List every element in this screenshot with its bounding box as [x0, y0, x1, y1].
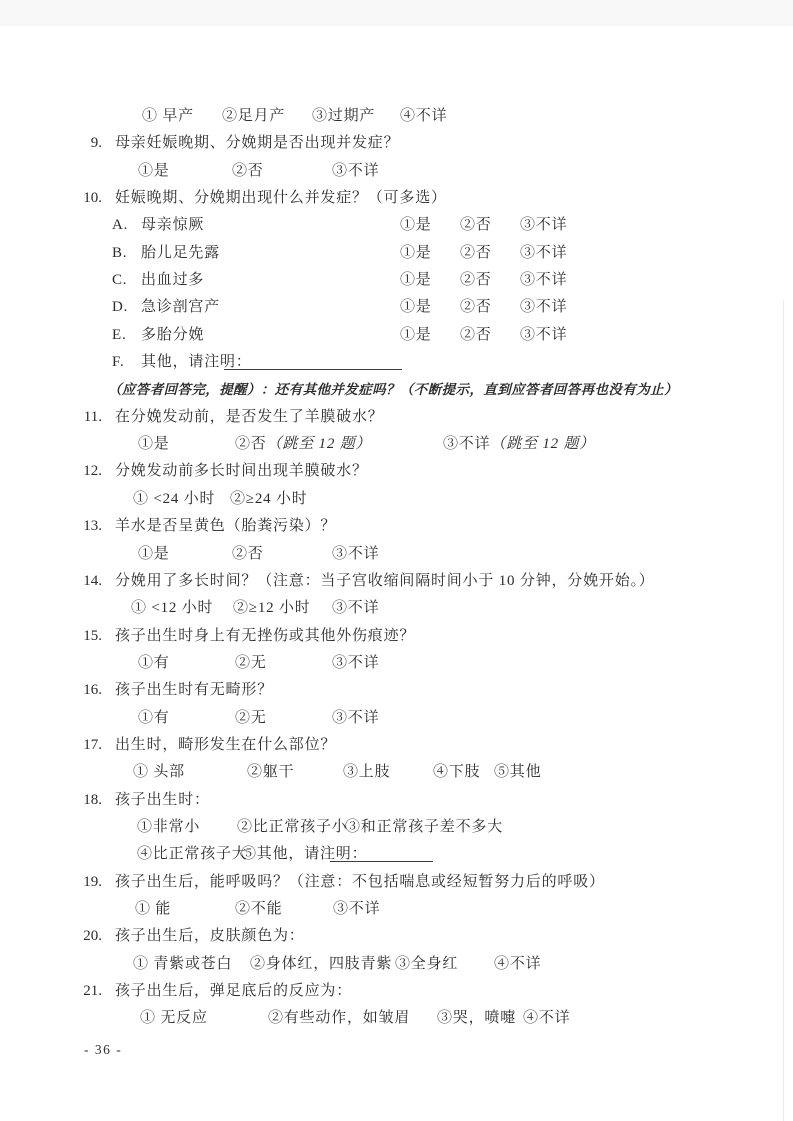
options-row-q18-line2: ④比正常孩子大 ⑤其他，请注明：: [0, 841, 793, 868]
option: ③哭，喷嚏: [437, 1005, 516, 1032]
option: ③全身红: [395, 951, 458, 978]
question-q15: 15. 孩子出生时身上有无挫伤或其他外伤痕迹？: [0, 623, 793, 650]
question-number: 12.: [66, 458, 102, 485]
option: ①是: [138, 431, 170, 458]
subitem-e: E. 多胎分娩 ①是 ②否 ③不详: [0, 322, 793, 349]
option: ③不详: [520, 240, 567, 267]
option: ① <12 小时: [131, 595, 213, 622]
option: ②否: [460, 322, 492, 349]
question-number: 13.: [66, 513, 102, 540]
question-q9: 9. 母亲妊娠晚期、分娩期是否出现并发症？: [0, 130, 793, 157]
question-q19: 19. 孩子出生后，能呼吸吗？（注意：不包括喘息或经短暂努力后的呼吸）: [0, 869, 793, 896]
options-row-q11: ①是 ②否（跳至 12 题） ③不详（跳至 12 题）: [0, 431, 793, 458]
option: ②否: [460, 212, 492, 239]
option: ①是: [400, 322, 432, 349]
options-row-q13: ①是 ②否 ③不详: [0, 541, 793, 568]
question-q16: 16. 孩子出生时有无畸形？: [0, 677, 793, 704]
option: ④下肢: [433, 759, 480, 786]
options-row-q19: ① 能 ②不能 ③不详: [0, 896, 793, 923]
questionnaire-page: ① 早产 ②足月产 ③过期产 ④不详 9. 母亲妊娠晚期、分娩期是否出现并发症？…: [0, 0, 793, 1121]
question-text: 妊娠晚期、分娩期出现什么并发症？（可多选）: [115, 185, 447, 212]
item-letter: D.: [112, 294, 128, 321]
question-number: 9.: [66, 130, 102, 157]
question-q11: 11. 在分娩发动前，是否发生了羊膜破水？: [0, 404, 793, 431]
question-text: 孩子出生后，能呼吸吗？（注意：不包括喘息或经短暂努力后的呼吸）: [115, 869, 605, 896]
subitem-f-other: F. 其他，请注明：: [0, 349, 793, 376]
options-row-q15: ①有 ②无 ③不详: [0, 650, 793, 677]
option: ②否: [460, 267, 492, 294]
options-row-q17: ① 头部 ②躯干 ③上肢 ④下肢 ⑤其他: [0, 759, 793, 786]
options-row-q20: ① 青紫或苍白 ②身体红，四肢青紫 ③全身红 ④不详: [0, 951, 793, 978]
item-text: 出血过多: [141, 267, 204, 294]
option: ① 无反应: [140, 1005, 208, 1032]
item-letter: A.: [112, 212, 128, 239]
question-number: 10.: [66, 185, 102, 212]
probe-note-text: （应答者回答完，提醒）：还有其他并发症吗？（不断提示，直到应答者回答再也没有为止…: [108, 376, 678, 403]
item-letter: B.: [112, 240, 127, 267]
option: ②无: [235, 705, 267, 732]
option: ①非常小: [137, 814, 200, 841]
option: ③不详: [332, 650, 379, 677]
options-row-q12: ① <24 小时 ②≥24 小时: [0, 486, 793, 513]
option: ③过期产: [312, 103, 375, 130]
option: ③不详: [520, 294, 567, 321]
question-q18: 18. 孩子出生时：: [0, 787, 793, 814]
option: ① 能: [135, 896, 171, 923]
option: ②不能: [235, 896, 282, 923]
question-text: 孩子出生时有无畸形？: [115, 677, 273, 704]
option: ③上肢: [343, 759, 390, 786]
skip-note: （跳至 12 题）: [490, 436, 595, 452]
option: ③不详: [520, 212, 567, 239]
item-text: 急诊剖宫产: [141, 294, 220, 321]
options-row-q18-line1: ①非常小 ②比正常孩子小 ③和正常孩子差不多大: [0, 814, 793, 841]
option: ① 早产: [142, 103, 194, 130]
option: ③不详: [332, 705, 379, 732]
option: ②比正常孩子小: [237, 814, 348, 841]
subitem-c: C. 出血过多 ①是 ②否 ③不详: [0, 267, 793, 294]
question-number: 17.: [66, 732, 102, 759]
question-text: 孩子出生后，皮肤颜色为：: [115, 923, 305, 950]
question-number: 21.: [66, 978, 102, 1005]
interviewer-probe-note: （应答者回答完，提醒）：还有其他并发症吗？（不断提示，直到应答者回答再也没有为止…: [0, 376, 793, 403]
options-row-q16: ①有 ②无 ③不详: [0, 705, 793, 732]
questionnaire-content: ① 早产 ②足月产 ③过期产 ④不详 9. 母亲妊娠晚期、分娩期是否出现并发症？…: [0, 103, 793, 1033]
question-q14: 14. 分娩用了多长时间？（注意：当子宫收缩间隔时间小于 10 分钟，分娩开始。…: [0, 568, 793, 595]
option: ④不详: [400, 103, 447, 130]
option: ①是: [400, 212, 432, 239]
option: ③不详: [332, 595, 379, 622]
option: ①是: [400, 294, 432, 321]
question-number: 16.: [66, 677, 102, 704]
option: ④不详: [494, 951, 541, 978]
question-text: 羊水是否呈黄色（胎粪污染）？: [115, 513, 336, 540]
item-letter: C.: [112, 267, 127, 294]
subitem-b: B. 胎儿足先露 ①是 ②否 ③不详: [0, 240, 793, 267]
question-text: 分娩用了多长时间？（注意：当子宫收缩间隔时间小于 10 分钟，分娩开始。）: [115, 568, 655, 595]
question-q21: 21. 孩子出生后，弹足底后的反应为：: [0, 978, 793, 1005]
option: ①是: [400, 267, 432, 294]
item-text: 母亲惊厥: [141, 212, 204, 239]
item-letter: E.: [112, 322, 127, 349]
option: ②无: [235, 650, 267, 677]
options-row-q8: ① 早产 ②足月产 ③过期产 ④不详: [0, 103, 793, 130]
option: ① 青紫或苍白: [133, 951, 232, 978]
question-q20: 20. 孩子出生后，皮肤颜色为：: [0, 923, 793, 950]
question-number: 15.: [66, 623, 102, 650]
option: ③不详: [520, 322, 567, 349]
question-text: 孩子出生后，弹足底后的反应为：: [115, 978, 352, 1005]
answer-blank: [330, 844, 433, 862]
option: ②足月产: [222, 103, 285, 130]
question-text: 孩子出生时身上有无挫伤或其他外伤痕迹？: [115, 623, 415, 650]
question-number: 11.: [66, 404, 102, 431]
subitem-a: A. 母亲惊厥 ①是 ②否 ③不详: [0, 212, 793, 239]
options-row-q21: ① 无反应 ②有些动作，如皱眉 ③哭，喷嚏 ④不详: [0, 1005, 793, 1032]
option: ②身体红，四肢青紫: [250, 951, 392, 978]
option: ①是: [400, 240, 432, 267]
item-text: 胎儿足先露: [141, 240, 220, 267]
option: ③不详（跳至 12 题）: [443, 431, 595, 458]
scan-artifact-top: [0, 0, 793, 26]
answer-blank: [224, 352, 402, 370]
question-text: 母亲妊娠晚期、分娩期是否出现并发症？: [115, 130, 399, 157]
question-q10: 10. 妊娠晚期、分娩期出现什么并发症？（可多选）: [0, 185, 793, 212]
option: ④不详: [523, 1005, 570, 1032]
option: ① <24 小时: [133, 486, 215, 513]
options-row-q14: ① <12 小时 ②≥12 小时 ③不详: [0, 595, 793, 622]
question-q17: 17. 出生时，畸形发生在什么部位？: [0, 732, 793, 759]
option: ②≥24 小时: [230, 486, 308, 513]
option: ②否: [232, 158, 264, 185]
subitem-d: D. 急诊剖宫产 ①是 ②否 ③不详: [0, 294, 793, 321]
option: ③不详: [332, 541, 379, 568]
option: ②躯干: [247, 759, 294, 786]
page-number: - 36 -: [84, 1042, 122, 1058]
question-q12: 12. 分娩发动前多长时间出现羊膜破水？: [0, 458, 793, 485]
option: ②否: [460, 240, 492, 267]
item-text: 多胎分娩: [141, 322, 204, 349]
question-number: 19.: [66, 869, 102, 896]
question-text: 在分娩发动前，是否发生了羊膜破水？: [115, 404, 384, 431]
option-label: ②否: [235, 436, 267, 452]
option: ①是: [138, 158, 170, 185]
option: ①有: [138, 705, 170, 732]
option: ①是: [138, 541, 170, 568]
question-number: 14.: [66, 568, 102, 595]
item-letter: F.: [112, 349, 125, 376]
option: ③不详: [332, 158, 379, 185]
option: ②否: [232, 541, 264, 568]
question-text: 孩子出生时：: [115, 787, 210, 814]
option: ②≥12 小时: [233, 595, 311, 622]
option: ①有: [138, 650, 170, 677]
skip-note: （跳至 12 题）: [267, 436, 372, 452]
option: ④比正常孩子大: [137, 841, 248, 868]
options-row-q9: ①是 ②否 ③不详: [0, 158, 793, 185]
option: ③不详: [520, 267, 567, 294]
option: ⑤其他: [494, 759, 541, 786]
option: ③和正常孩子差不多大: [345, 814, 503, 841]
question-number: 20.: [66, 923, 102, 950]
question-number: 18.: [66, 787, 102, 814]
question-q13: 13. 羊水是否呈黄色（胎粪污染）？: [0, 513, 793, 540]
option: ③不详: [333, 896, 380, 923]
option: ① 头部: [133, 759, 185, 786]
option: ②否（跳至 12 题）: [235, 431, 371, 458]
question-text: 出生时，畸形发生在什么部位？: [115, 732, 336, 759]
question-text: 分娩发动前多长时间出现羊膜破水？: [115, 458, 368, 485]
option: ②否: [460, 294, 492, 321]
option: ②有些动作，如皱眉: [268, 1005, 410, 1032]
option-label: ③不详: [443, 436, 490, 452]
